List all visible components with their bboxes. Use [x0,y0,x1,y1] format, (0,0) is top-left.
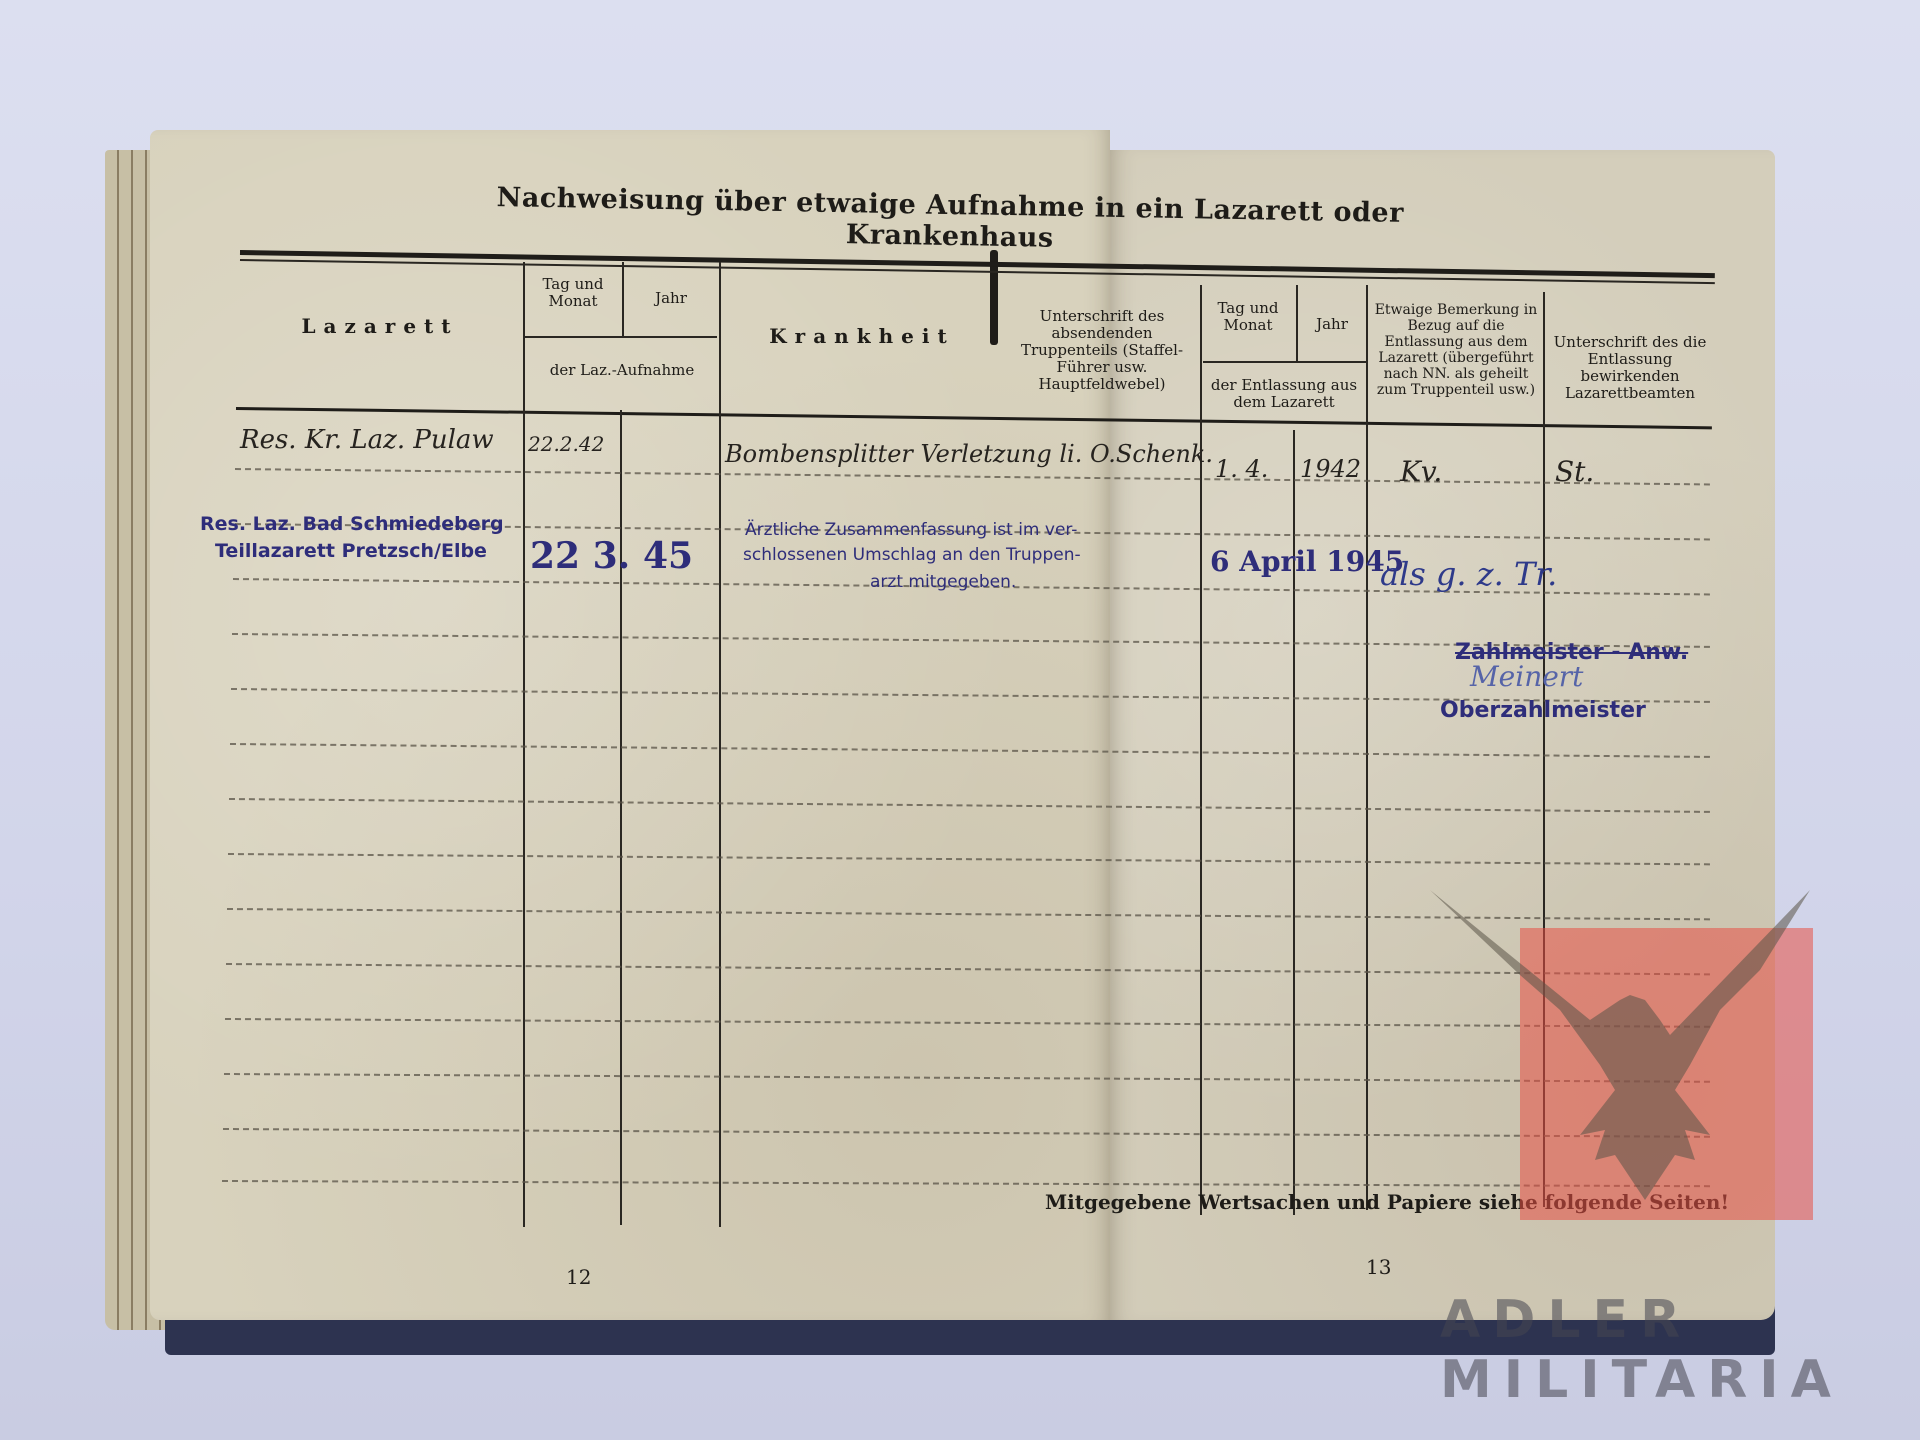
watermark-text: ADLER MILITARIA [1440,1290,1920,1410]
col-line [1366,285,1368,1210]
col-line [719,262,721,1227]
aufnahme-subrule [525,336,717,338]
row1-krankheit: Bombensplitter Verletzung li. O.Schenk. [725,440,1213,468]
row2-oberzahlmeister-stamp: Oberzahlmeister [1440,698,1646,723]
col-line [1200,285,1202,1215]
header-bemerkung: Etwaige Bemerkung in Bezug auf die Entla… [1370,302,1542,398]
row2-aufnahme-jahr: 45 [643,535,693,577]
right-page-number: 13 [1366,1255,1391,1279]
col-line [523,262,525,1227]
row2-krankheit-stamp-line1: Ärztliche Zusammenfassung ist im ver- [745,520,1077,540]
row1-entlassung-date: 1. 4. [1215,455,1268,483]
row2-entlassung: 6 April 1945 [1210,545,1404,578]
header-krankheit: Krankheit [722,328,1002,345]
header-entlassung-jahr: Jahr [1298,316,1366,333]
left-page [150,130,1110,1320]
header-aufnahme-sub: der Laz.-Aufnahme [525,362,719,379]
header-unterschrift-lazarettbeamten: Unterschrift des die Entlassung bewirken… [1548,334,1712,402]
col-line [622,262,624,336]
header-entlassung-tag-monat: Tag und Monat [1202,300,1294,334]
row1-bemerkung: Kv. [1400,455,1442,488]
col-line [620,410,622,1225]
row2-lazarett-stamp-line2: Teillazarett Pretzsch/Elbe [215,540,487,562]
row2-krankheit-stamp-line2: schlossenen Umschlag an den Truppen- [743,545,1081,565]
row2-signature: Meinert [1470,660,1583,693]
eagle-watermark-icon [1430,880,1910,1240]
row1-unterschrift: St. [1555,455,1594,488]
header-entlassung-sub: der Entlassung aus dem Lazarett [1202,377,1366,411]
header-aufnahme-tag-monat: Tag und Monat [527,276,619,310]
row2-aufnahme-date: 22 3. [530,535,630,577]
left-page-number: 12 [566,1265,591,1289]
header-lazarett: Lazarett [240,318,520,335]
header-aufnahme-jahr: Jahr [625,290,717,307]
row1-lazarett: Res. Kr. Laz. Pulaw [240,425,494,455]
row2-krankheit-stamp-line3: arzt mitgegeben. [870,572,1016,592]
header-unterschrift-truppenteil: Unterschrift des absendenden Truppenteil… [1006,308,1198,393]
row1-entlassung-jahr: 1942 [1300,455,1361,483]
row2-bemerkung: als g. z. Tr. [1380,555,1557,593]
row1-aufnahme-date: 22.2.42 [528,432,604,456]
row2-lazarett-stamp-line1: Res. Laz. Bad Schmiedeberg [200,513,504,535]
entlassung-subrule [1203,361,1366,363]
